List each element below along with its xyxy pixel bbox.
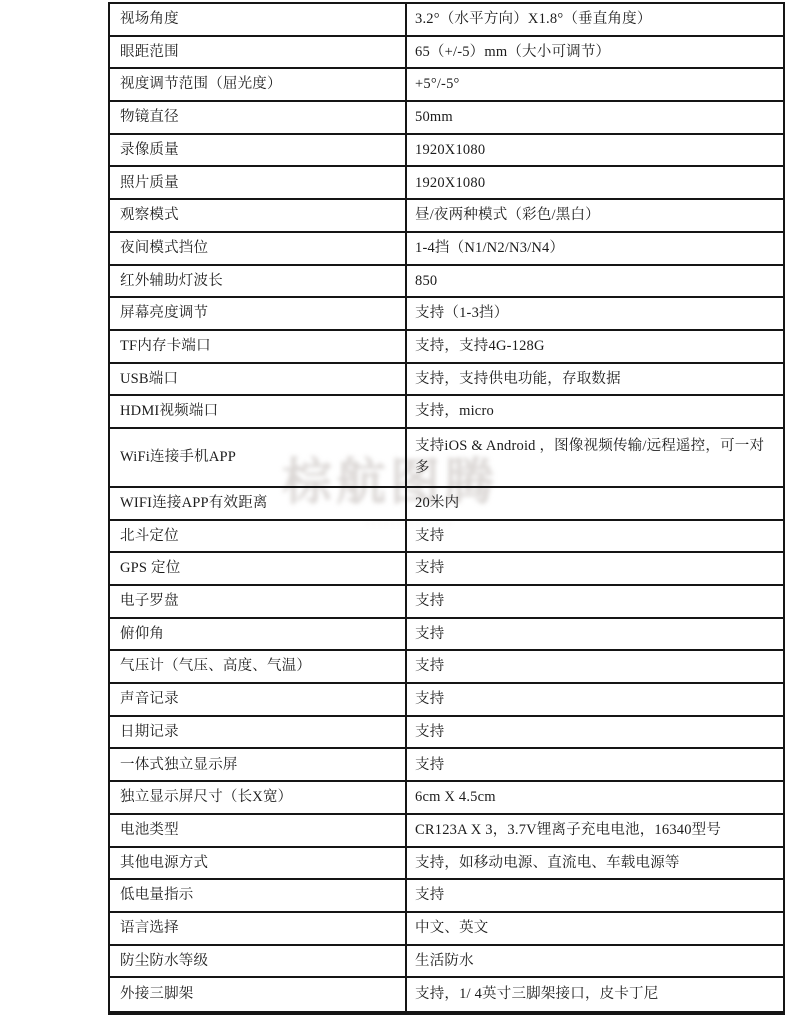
spec-label: HDMI视频端口 — [110, 396, 407, 427]
table-row: 其他电源方式支持，如移动电源、直流电、车载电源等 — [110, 848, 783, 881]
spec-label: 红外辅助灯波长 — [110, 266, 407, 297]
spec-label: 日期记录 — [110, 717, 407, 748]
table-row: 独立显示屏尺寸（长X宽）6cm X 4.5cm — [110, 782, 783, 815]
table-row: 眼距范围65（+/-5）mm（大小可调节） — [110, 37, 783, 70]
spec-label: 电子罗盘 — [110, 586, 407, 617]
spec-label: 观察模式 — [110, 200, 407, 231]
spec-value: 支持 — [407, 684, 783, 715]
table-row: 一体式独立显示屏支持 — [110, 749, 783, 782]
table-row: TF内存卡端口支持，支持4G-128G — [110, 331, 783, 364]
table-row: HDMI视频端口支持，micro — [110, 396, 783, 429]
table-row: 照片质量1920X1080 — [110, 167, 783, 200]
spec-value: 支持，如移动电源、直流电、车载电源等 — [407, 848, 783, 879]
table-row: 红外辅助灯波长850 — [110, 266, 783, 299]
table-row: 视场角度3.2°（水平方向）X1.8°（垂直角度） — [110, 4, 783, 37]
table-row: 声音记录支持 — [110, 684, 783, 717]
spec-label: WIFI连接APP有效距离 — [110, 488, 407, 519]
spec-value: 1920X1080 — [407, 135, 783, 166]
spec-label: 眼距范围 — [110, 37, 407, 68]
spec-value: 支持，1/ 4英寸三脚架接口，皮卡丁尼 — [407, 978, 783, 1011]
spec-value: 支持iOS & Android ，图像视频传输/远程遥控，可一对多 — [407, 429, 783, 486]
table-row: 观察模式昼/夜两种模式（彩色/黑白） — [110, 200, 783, 233]
spec-value: 支持 — [407, 651, 783, 682]
table-row: 语言选择中文、英文 — [110, 913, 783, 946]
spec-value: 支持 — [407, 619, 783, 650]
spec-label: 独立显示屏尺寸（长X宽） — [110, 782, 407, 813]
table-row: WIFI连接APP有效距离20米内 — [110, 488, 783, 521]
spec-value: 50mm — [407, 102, 783, 133]
spec-value: +5°/-5° — [407, 69, 783, 100]
spec-value: 支持 — [407, 586, 783, 617]
spec-label: USB端口 — [110, 364, 407, 395]
spec-label: 气压计（气压、高度、气温） — [110, 651, 407, 682]
table-row: 夜间模式挡位1-4挡（N1/N2/N3/N4） — [110, 233, 783, 266]
spec-label: 视场角度 — [110, 4, 407, 35]
table-row: 日期记录支持 — [110, 717, 783, 750]
spec-value: 生活防水 — [407, 946, 783, 977]
spec-value: 支持，micro — [407, 396, 783, 427]
spec-value: 3.2°（水平方向）X1.8°（垂直角度） — [407, 4, 783, 35]
spec-label: 语言选择 — [110, 913, 407, 944]
spec-label: 夜间模式挡位 — [110, 233, 407, 264]
spec-label: 低电量指示 — [110, 880, 407, 911]
spec-label: 其他电源方式 — [110, 848, 407, 879]
spec-label: 一体式独立显示屏 — [110, 749, 407, 780]
table-row: GPS 定位支持 — [110, 553, 783, 586]
spec-value: 支持 — [407, 880, 783, 911]
table-row: 视度调节范围（屈光度）+5°/-5° — [110, 69, 783, 102]
table-row: 屏幕亮度调节支持（1-3挡） — [110, 298, 783, 331]
spec-label: 声音记录 — [110, 684, 407, 715]
spec-value: 1920X1080 — [407, 167, 783, 198]
table-row: 物镜直径50mm — [110, 102, 783, 135]
spec-value: 65（+/-5）mm（大小可调节） — [407, 37, 783, 68]
spec-value: 昼/夜两种模式（彩色/黑白） — [407, 200, 783, 231]
spec-value: 850 — [407, 266, 783, 297]
spec-label: 俯仰角 — [110, 619, 407, 650]
table-row: WiFi连接手机APP支持iOS & Android ，图像视频传输/远程遥控，… — [110, 429, 783, 488]
spec-label: GPS 定位 — [110, 553, 407, 584]
spec-value: 1-4挡（N1/N2/N3/N4） — [407, 233, 783, 264]
table-row: 电子罗盘支持 — [110, 586, 783, 619]
spec-value: 支持，支持供电功能，存取数据 — [407, 364, 783, 395]
spec-label: 防尘防水等级 — [110, 946, 407, 977]
spec-label: 录像质量 — [110, 135, 407, 166]
table-row: 电池类型CR123A X 3，3.7V锂离子充电电池，16340型号 — [110, 815, 783, 848]
spec-value: 支持（1-3挡） — [407, 298, 783, 329]
table-row: 北斗定位支持 — [110, 521, 783, 554]
spec-label: 照片质量 — [110, 167, 407, 198]
spec-value: 6cm X 4.5cm — [407, 782, 783, 813]
spec-value: 支持 — [407, 553, 783, 584]
table-row: 气压计（气压、高度、气温）支持 — [110, 651, 783, 684]
table-row: 防尘防水等级生活防水 — [110, 946, 783, 979]
table-row: 俯仰角支持 — [110, 619, 783, 652]
spec-label: TF内存卡端口 — [110, 331, 407, 362]
spec-label: 外接三脚架 — [110, 978, 407, 1011]
spec-label: 电池类型 — [110, 815, 407, 846]
spec-value: 20米内 — [407, 488, 783, 519]
table-row: 低电量指示支持 — [110, 880, 783, 913]
spec-label: 北斗定位 — [110, 521, 407, 552]
spec-value: 支持，支持4G-128G — [407, 331, 783, 362]
table-row: USB端口支持，支持供电功能，存取数据 — [110, 364, 783, 397]
spec-value: 支持 — [407, 717, 783, 748]
spec-value: CR123A X 3，3.7V锂离子充电电池，16340型号 — [407, 815, 783, 846]
spec-label: 视度调节范围（屈光度） — [110, 69, 407, 100]
spec-value: 中文、英文 — [407, 913, 783, 944]
spec-table: 视场角度3.2°（水平方向）X1.8°（垂直角度）眼距范围65（+/-5）mm（… — [108, 2, 785, 1015]
table-row: 外接三脚架支持，1/ 4英寸三脚架接口，皮卡丁尼 — [110, 978, 783, 1011]
spec-value: 支持 — [407, 521, 783, 552]
spec-label: WiFi连接手机APP — [110, 429, 407, 486]
table-row: 录像质量1920X1080 — [110, 135, 783, 168]
spec-value: 支持 — [407, 749, 783, 780]
spec-label: 屏幕亮度调节 — [110, 298, 407, 329]
spec-label: 物镜直径 — [110, 102, 407, 133]
